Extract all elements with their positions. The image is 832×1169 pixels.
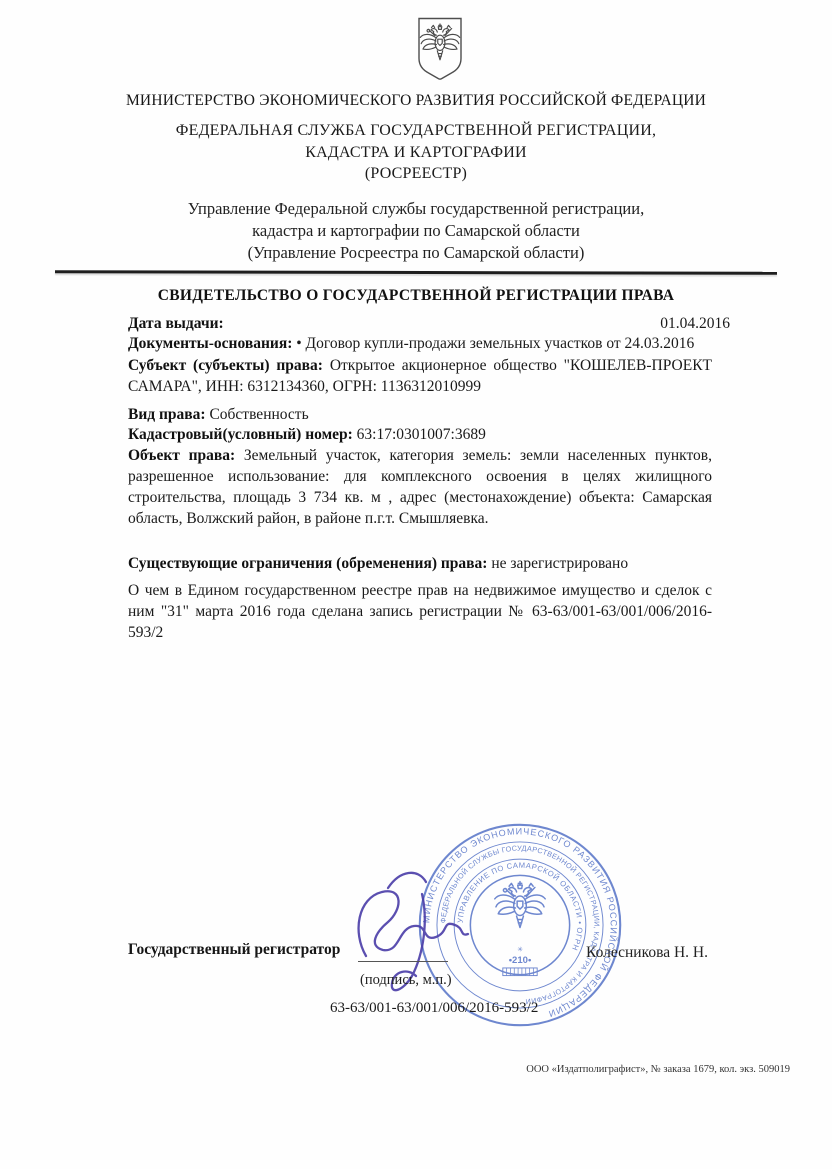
rosreestr-abbreviation: (РОСРЕЕСТР) xyxy=(0,163,832,185)
signature-caption: (подпись, м.п.) xyxy=(360,972,452,989)
department-line3: (Управление Росреестра по Самарской обла… xyxy=(0,242,832,264)
document-body: Дата выдачи: 01.04.2016 Документы-основа… xyxy=(128,314,712,644)
registrar-label: Государственный регистратор xyxy=(128,941,340,959)
department-line1: Управление Федеральной службы государств… xyxy=(0,198,832,220)
service-name-line2: КАДАСТРА И КАРТОГРАФИИ xyxy=(0,142,832,164)
regional-department-name: Управление Федеральной службы государств… xyxy=(0,198,832,264)
right-type-value: Собственность xyxy=(209,406,308,423)
certificate-page: МИНИСТЕРСТВО ЭКОНОМИЧЕСКОГО РАЗВИТИЯ РОС… xyxy=(0,0,832,1169)
basis-documents-value: • Договор купли-продажи земельных участк… xyxy=(296,335,694,352)
signature-line xyxy=(358,961,448,962)
basis-documents-label: Документы-основания: xyxy=(128,335,292,352)
restrictions-value: не зарегистрировано xyxy=(491,555,628,572)
cadastral-number-label: Кадастровый(условный) номер: xyxy=(128,426,353,443)
right-object-paragraph: Объект права: Земельный участок, категор… xyxy=(128,446,712,529)
right-subject-label: Субъект (субъекты) права: xyxy=(128,357,323,374)
right-type-label: Вид права: xyxy=(128,406,206,423)
stamp-center-number: •210• xyxy=(509,955,532,966)
issue-date-row: Дата выдачи: 01.04.2016 xyxy=(128,314,712,335)
russian-coat-of-arms-icon xyxy=(412,16,468,84)
separator-line xyxy=(55,270,777,275)
right-object-label: Объект права: xyxy=(128,447,235,464)
right-type-row: Вид права: Собственность xyxy=(128,405,712,426)
service-name: ФЕДЕРАЛЬНАЯ СЛУЖБА ГОСУДАРСТВЕННОЙ РЕГИС… xyxy=(0,120,832,185)
issue-date-value: 01.04.2016 xyxy=(660,314,730,335)
restrictions-label: Существующие ограничения (обременения) п… xyxy=(128,555,487,572)
ministry-name: МИНИСТЕРСТВО ЭКОНОМИЧЕСКОГО РАЗВИТИЯ РОС… xyxy=(0,91,832,111)
registry-record-paragraph: О чем в Едином государственном реестре п… xyxy=(128,581,712,643)
issue-date-label: Дата выдачи: xyxy=(128,314,224,335)
registrar-name: Колесникова Н. Н. xyxy=(586,944,708,962)
stamp-star: ✳ xyxy=(517,947,523,954)
cadastral-number-row: Кадастровый(условный) номер: 63:17:03010… xyxy=(128,425,712,446)
registration-number: 63-63/001-63/001/006/2016-593/2 xyxy=(330,1000,538,1017)
basis-documents-row: Документы-основания: • Договор купли-про… xyxy=(128,334,712,355)
restrictions-row: Существующие ограничения (обременения) п… xyxy=(128,554,712,575)
cadastral-number-value: 63:17:0301007:3689 xyxy=(357,426,486,443)
stamp-eagle-icon xyxy=(495,882,545,928)
department-line2: кадастра и картографии по Самарской обла… xyxy=(0,220,832,242)
header-emblem-area xyxy=(24,16,832,86)
document-title: СВИДЕТЕЛЬСТВО О ГОСУДАРСТВЕННОЙ РЕГИСТРА… xyxy=(0,287,832,305)
service-name-line1: ФЕДЕРАЛЬНАЯ СЛУЖБА ГОСУДАРСТВЕННОЙ РЕГИС… xyxy=(0,120,832,142)
right-subject-paragraph: Субъект (субъекты) права: Открытое акцио… xyxy=(128,356,712,398)
printing-house-imprint: ООО «Издатполиграфист», № заказа 1679, к… xyxy=(526,1064,790,1075)
